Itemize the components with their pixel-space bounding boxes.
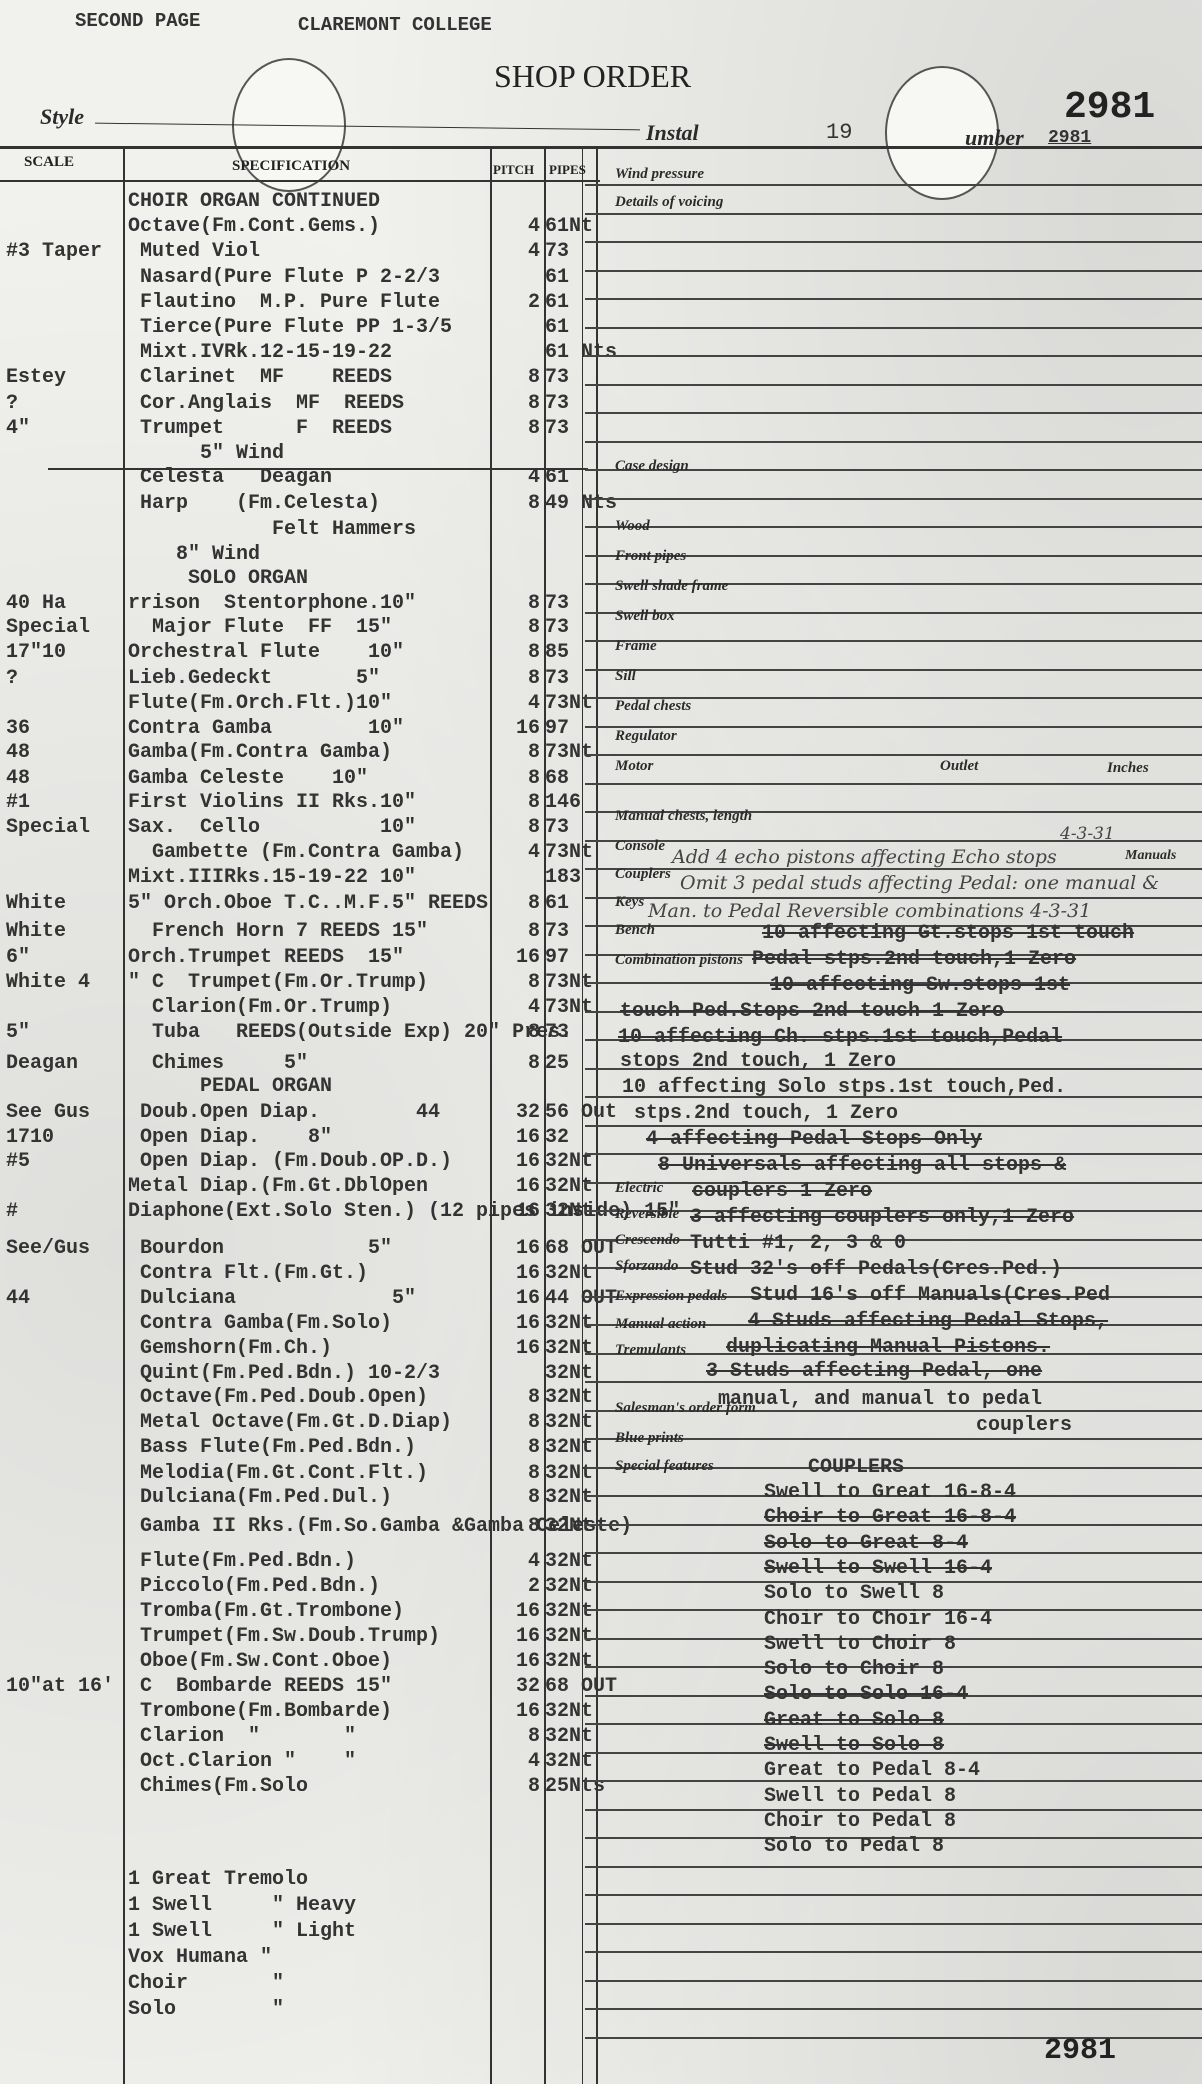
style-label: Style (40, 104, 84, 130)
pipes-cell: 32Nt (545, 1175, 593, 1198)
ruled-line (585, 1866, 1202, 1868)
pitch-cell: 8 (492, 592, 540, 615)
pitch-cell: 16 (492, 1287, 540, 1310)
pipes-cell: 73Nt (545, 841, 593, 864)
combination-line: duplicating Manual Pistons. (726, 1336, 1050, 1359)
spec-cell: Chimes 5" (128, 1052, 308, 1075)
spec-row: #1First Violins II Rks.10"8146 (0, 791, 600, 817)
spec-cell: Celesta Deagan (128, 466, 332, 489)
scale-cell: 6" (6, 946, 126, 969)
form-field-label: Details of voicing (615, 194, 723, 211)
pitch-cell: 8 (492, 641, 540, 664)
spec-cell: Mixt.IIIRks.15-19-22 10" (128, 866, 416, 889)
coupler-item: Swell to Choir 8 (764, 1633, 956, 1656)
spec-row: Trumpet(Fm.Sw.Doub.Trump)1632Nt (0, 1625, 600, 1651)
spec-cell: Mixt.IVRk.12-15-19-22 (128, 341, 392, 364)
spec-cell: Gamba(Fm.Contra Gamba) (128, 741, 392, 764)
handwritten-keys-note: Man. to Pedal Reversible combinations 4-… (648, 900, 1091, 922)
scale-cell: 36 (6, 717, 126, 740)
form-field-label: Motor (615, 758, 653, 775)
pitch-cell: 8 (492, 417, 540, 440)
ruled-line (585, 327, 1202, 329)
combination-line: 4 Studs affecting Pedal Stops, (748, 1310, 1108, 1333)
form-field-label: Bench (615, 922, 655, 939)
scale-cell: See/Gus (6, 1237, 126, 1260)
form-field-label: Crescendo (615, 1232, 680, 1249)
pitch-cell: 4 (492, 466, 540, 489)
tremolo-item: Solo " (128, 1998, 284, 2021)
spec-row: Gambette (Fm.Contra Gamba)473Nt (0, 841, 600, 867)
pipes-cell: 85 (545, 641, 569, 664)
spec-row: SOLO ORGAN (0, 567, 600, 593)
combination-line: touch Ped.Stops 2nd touch 1 Zero (620, 1000, 1004, 1023)
spec-row: Quint(Fm.Ped.Bdn.) 10-2/332Nt (0, 1362, 600, 1388)
ruled-line (585, 1951, 1202, 1953)
spec-cell: Trumpet(Fm.Sw.Doub.Trump) (128, 1625, 440, 1648)
scale-cell: White 4 (6, 971, 126, 994)
footer-stamp: 2981 (1044, 2034, 1116, 2068)
handwritten-date: 4-3-31 (1060, 824, 1115, 844)
spec-row: 48Gamba Celeste 10"868 (0, 767, 600, 793)
spec-cell: 5" Orch.Oboe T.C..M.F.5" REEDS (128, 892, 488, 915)
form-field-label: Pedal chests (615, 698, 691, 715)
pipes-cell: 61 (545, 291, 569, 314)
spec-row: Metal Diap.(Fm.Gt.DblOpen1632Nt (0, 1175, 600, 1201)
spec-row: ?Lieb.Gedeckt 5"873 (0, 667, 600, 693)
coupler-item: Great to Pedal 8-4 (764, 1759, 980, 1782)
spec-cell: Trombone(Fm.Bombarde) (128, 1700, 392, 1723)
coupler-item: Swell to Pedal 8 (764, 1785, 956, 1808)
pipes-cell: 183 (545, 866, 581, 889)
spec-row: Gemshorn(Fm.Ch.)1632Nt (0, 1337, 600, 1363)
form-field-label: Special features (615, 1458, 714, 1475)
spec-cell: Metal Octave(Fm.Gt.D.Diap) (128, 1411, 452, 1434)
motor-outlet-label: Outlet (940, 758, 978, 775)
spec-row: 8" Wind (0, 543, 600, 569)
pitch-cell: 8 (492, 816, 540, 839)
combination-line: 3 Studs affecting Pedal, one (706, 1360, 1042, 1383)
pipes-cell: 61Nt (545, 215, 593, 238)
tremolo-item: Vox Humana " (128, 1946, 272, 1969)
combination-line: couplers (976, 1414, 1072, 1437)
coupler-item: Solo to Choir 8 (764, 1658, 944, 1681)
coupler-item: Swell to Swell 16-4 (764, 1557, 992, 1580)
spec-row: Mixt.IIIRks.15-19-22 10"183 (0, 866, 600, 892)
spec-row: Felt Hammers (0, 518, 600, 544)
spec-cell: Bass Flute(Fm.Ped.Bdn.) (128, 1436, 416, 1459)
spec-cell: Tierce(Pure Flute PP 1-3/5 (128, 316, 452, 339)
spec-cell: Contra Gamba(Fm.Solo) (128, 1312, 392, 1335)
ruled-line (585, 1923, 1202, 1925)
spec-cell: Open Diap. (Fm.Doub.OP.D.) (128, 1150, 452, 1173)
pipes-cell: 73Nt (545, 741, 593, 764)
ruled-line (585, 612, 1202, 614)
scale-cell: #3 Taper (6, 240, 126, 263)
scale-cell: #5 (6, 1150, 126, 1173)
form-field-label: Couplers (615, 866, 671, 883)
scale-cell: #1 (6, 791, 126, 814)
spec-cell: Contra Flt.(Fm.Gt.) (128, 1262, 368, 1285)
pitch-cell: 16 (492, 946, 540, 969)
spec-row: 5" Wind (0, 442, 600, 468)
coupler-item: Swell to Great 16-8-4 (764, 1481, 1016, 1504)
spec-cell: Dulciana(Fm.Ped.Dul.) (128, 1486, 392, 1509)
combination-line: Stud 16's off Manuals(Cres.Ped (750, 1284, 1110, 1307)
pipes-cell: 32Nt (545, 1486, 593, 1509)
spec-row: Mixt.IVRk.12-15-19-2261 Nts (0, 341, 600, 367)
pipes-cell: 61 (545, 316, 569, 339)
spec-cell: Felt Hammers (128, 518, 416, 541)
ruled-line (585, 2008, 1202, 2010)
spec-cell: Oboe(Fm.Sw.Cont.Oboe) (128, 1650, 392, 1673)
spec-row: Trombone(Fm.Bombarde)1632Nt (0, 1700, 600, 1726)
pitch-cell: 8 (492, 892, 540, 915)
pitch-cell: 4 (492, 215, 540, 238)
pipes-cell: 73 (545, 1021, 569, 1044)
pipes-cell: 49 Nts (545, 492, 617, 515)
spec-row: Octave(Fm.Ped.Doub.Open)832Nt (0, 1386, 600, 1412)
ruled-line (585, 412, 1202, 414)
spec-row: Contra Gamba(Fm.Solo)1632Nt (0, 1312, 600, 1338)
pipes-cell: 73 (545, 920, 569, 943)
pitch-cell: 16 (492, 1175, 540, 1198)
handwritten-console-note: Add 4 echo pistons affecting Echo stops (672, 846, 1057, 868)
coupler-item: Choir to Great 16-8-4 (764, 1506, 1016, 1529)
pipes-cell: 32Nt (545, 1386, 593, 1409)
pipes-cell: 32Nt (545, 1462, 593, 1485)
tremolo-item: 1 Great Tremolo (128, 1868, 308, 1891)
pitch-cell: 8 (492, 741, 540, 764)
spec-cell: Contra Gamba 10" (128, 717, 404, 740)
form-field-label: Sill (615, 668, 636, 685)
pitch-cell: 8 (492, 767, 540, 790)
client-name: CLAREMONT COLLEGE (298, 14, 492, 36)
ruled-line (585, 526, 1202, 528)
spec-row: Octave(Fm.Cont.Gems.)461Nt (0, 215, 600, 241)
spec-row: Estey Clarinet MF REEDS873 (0, 366, 600, 392)
spec-cell: Metal Diap.(Fm.Gt.DblOpen (128, 1175, 428, 1198)
scale-cell: Estey (6, 366, 126, 389)
pitch-cell: 16 (492, 1126, 540, 1149)
combination-line: 10 affecting Sw.stops 1st (770, 974, 1070, 997)
pipes-cell: 97 (545, 946, 569, 969)
spec-row: 10"at 16' C Bombarde REEDS 15"3268 OUT (0, 1675, 600, 1701)
scale-cell: 10"at 16' (6, 1675, 126, 1698)
scale-cell: ? (6, 667, 126, 690)
pipes-cell: 68 (545, 767, 569, 790)
scale-cell: ? (6, 392, 126, 415)
spec-row: Flute(Fm.Orch.Flt.)10"473Nt (0, 692, 600, 718)
spec-row: ? Cor.Anglais MF REEDS873 (0, 392, 600, 418)
spec-cell: Nasard(Pure Flute P 2-2/3 (128, 266, 440, 289)
spec-cell: Oct.Clarion " " (128, 1750, 356, 1773)
combination-line: 8 Universals affecting all stops & (658, 1154, 1066, 1177)
spec-cell: Flute(Fm.Orch.Flt.)10" (128, 692, 392, 715)
pitch-cell: 8 (492, 1386, 540, 1409)
ruled-line (585, 783, 1202, 785)
form-field-label: Sforzando (615, 1258, 678, 1275)
handwritten-couplers-note: Omit 3 pedal studs affecting Pedal: one … (680, 872, 1159, 894)
spec-row: Piccolo(Fm.Ped.Bdn.)232Nt (0, 1575, 600, 1601)
pipes-cell: 32Nt (545, 1411, 593, 1434)
pipes-cell: 73 (545, 240, 569, 263)
combination-line: Stud 32's off Pedals(Cres.Ped.) (690, 1258, 1062, 1281)
pitch-cell: 16 (492, 1700, 540, 1723)
pitch-cell: 2 (492, 291, 540, 314)
pipes-cell: 97 (545, 717, 569, 740)
spec-cell: Quint(Fm.Ped.Bdn.) 10-2/3 (128, 1362, 440, 1385)
form-field-label: Expression pedals (615, 1288, 727, 1305)
scale-cell: 40 Ha (6, 592, 126, 615)
pipes-cell: 56 Out (545, 1101, 617, 1124)
pitch-cell: 32 (492, 1101, 540, 1124)
spec-row: 1710 Open Diap. 8"1632 (0, 1126, 600, 1152)
scale-cell: White (6, 892, 126, 915)
ruled-line (585, 241, 1202, 243)
tremolo-item: 1 Swell " Light (128, 1920, 356, 1943)
pipes-cell: 61 (545, 892, 569, 915)
pipes-cell: 44 OUT (545, 1287, 617, 1310)
spec-cell: C Bombarde REEDS 15" (128, 1675, 392, 1698)
pitch-cell: 8 (492, 1411, 540, 1434)
pipes-cell: 73 (545, 366, 569, 389)
combination-line: 10 affecting Ch. stps.1st touch,Pedal (618, 1026, 1062, 1049)
spec-cell: Gamba Celeste 10" (128, 767, 368, 790)
pipes-cell: 32Nt (545, 1700, 593, 1723)
spec-cell: Tromba(Fm.Gt.Trombone) (128, 1600, 404, 1623)
combination-line: 4 affecting Pedal Stops Only (646, 1128, 982, 1151)
ruled-line (585, 897, 1202, 899)
spec-cell: First Violins II Rks.10" (128, 791, 416, 814)
spec-row: Oboe(Fm.Sw.Cont.Oboe)1632Nt (0, 1650, 600, 1676)
spec-cell: Octave(Fm.Cont.Gems.) (128, 215, 380, 238)
spec-cell: Sax. Cello 10" (128, 816, 416, 839)
spec-row: Dulciana(Fm.Ped.Dul.)832Nt (0, 1486, 600, 1512)
spec-cell: Open Diap. 8" (128, 1126, 332, 1149)
spec-cell: Melodia(Fm.Gt.Cont.Flt.) (128, 1462, 428, 1485)
spec-row: 4" Trumpet F REEDS873 (0, 417, 600, 443)
spec-row: See/Gus Bourdon 5"1668 OUT (0, 1237, 600, 1263)
spec-cell: Doub.Open Diap. 44 (128, 1101, 440, 1124)
pipes-cell: 61 (545, 266, 569, 289)
coupler-item: Solo to Pedal 8 (764, 1835, 944, 1858)
coupler-item: Great to Solo 8 (764, 1709, 944, 1732)
pitch-cell: 4 (492, 996, 540, 1019)
pitch-cell: 16 (492, 1337, 540, 1360)
pitch-cell: 16 (492, 1600, 540, 1623)
spec-row: Oct.Clarion " "432Nt (0, 1750, 600, 1776)
pipes-cell: 73 (545, 592, 569, 615)
spec-row: Clarion " "832Nt (0, 1725, 600, 1751)
form-field-label: Wind pressure (615, 166, 704, 183)
coupler-item: Choir to Pedal 8 (764, 1810, 956, 1833)
pitch-cell: 4 (492, 240, 540, 263)
spec-row: 36Contra Gamba 10"1697 (0, 717, 600, 743)
pipes-cell: 32Nt (545, 1515, 593, 1538)
pitch-cell: 16 (492, 1150, 540, 1173)
pipes-cell: 32Nt (545, 1650, 593, 1673)
combination-line: manual, and manual to pedal (718, 1388, 1042, 1411)
spec-cell: Major Flute FF 15" (128, 616, 392, 639)
pitch-cell: 8 (492, 1436, 540, 1459)
pipes-cell: 146 (545, 791, 581, 814)
pitch-cell: 8 (492, 1515, 540, 1538)
combination-line: Tutti #1, 2, 3 & 0 (690, 1232, 906, 1255)
ruled-line (585, 1980, 1202, 1982)
spec-cell: Flautino M.P. Pure Flute (128, 291, 440, 314)
form-field-label: Wood (615, 518, 650, 535)
scale-cell: Deagan (6, 1052, 126, 1075)
ruled-line (585, 669, 1202, 671)
pipes-cell: 32Nt (545, 1337, 593, 1360)
ruled-line (585, 868, 1202, 870)
form-field-label: Swell box (615, 608, 675, 625)
spec-row: 40 Harrison Stentorphone.10"873 (0, 592, 600, 618)
number-value: 2981 (1048, 128, 1091, 148)
scale-cell: 17"10 (6, 641, 126, 664)
ruled-line (585, 640, 1202, 642)
spec-row: Tromba(Fm.Gt.Trombone)1632Nt (0, 1600, 600, 1626)
pitch-cell: 8 (492, 667, 540, 690)
spec-row: #Diaphone(Ext.Solo Sten.) (12 pipes insi… (0, 1200, 600, 1226)
pipes-cell: 73 (545, 417, 569, 440)
scale-cell: Special (6, 816, 126, 839)
spec-row: 5" Tuba REEDS(Outside Exp) 20" Pres.873 (0, 1021, 600, 1047)
pitch-cell: 16 (492, 717, 540, 740)
pitch-cell: 8 (492, 1462, 540, 1485)
pitch-cell: 16 (492, 1625, 540, 1648)
pitch-cell: 16 (492, 1262, 540, 1285)
form-field-label: Keys (615, 894, 644, 911)
coupler-item: Solo to Swell 8 (764, 1582, 944, 1605)
instal-label: Instal (646, 120, 699, 146)
spec-cell: 5" Wind (128, 442, 284, 465)
form-field-label: Swell shade frame (615, 578, 728, 595)
pitch-cell: 16 (492, 1312, 540, 1335)
pitch-cell: 4 (492, 841, 540, 864)
spec-row: Special Major Flute FF 15"873 (0, 616, 600, 642)
spec-cell: Dulciana 5" (128, 1287, 416, 1310)
pitch-cell: 8 (492, 492, 540, 515)
spec-cell: Clarinet MF REEDS (128, 366, 392, 389)
pitch-cell: 8 (492, 392, 540, 415)
pitch-cell: 2 (492, 1575, 540, 1598)
spec-cell: Clarion " " (128, 1725, 356, 1748)
pitch-cell: 8 (492, 1021, 540, 1044)
form-field-label: Regulator (615, 728, 677, 745)
form-field-label: Electric (615, 1180, 663, 1197)
document-title: SHOP ORDER (494, 58, 691, 95)
combination-line: 10 affecting Solo stps.1st touch,Ped. (622, 1076, 1066, 1099)
spec-row: Celesta Deagan461 (0, 466, 600, 492)
column-header-scale: SCALE (24, 154, 74, 171)
spec-cell: Gemshorn(Fm.Ch.) (128, 1337, 332, 1360)
spec-row: White French Horn 7 REEDS 15"873 (0, 920, 600, 946)
coupler-item: Solo to Solo 16-4 (764, 1683, 968, 1706)
spec-row: 17"10Orchestral Flute 10"885 (0, 641, 600, 667)
pipes-cell: 73 (545, 616, 569, 639)
pitch-cell: 8 (492, 1486, 540, 1509)
pitch-cell: 16 (492, 1200, 540, 1223)
ruled-line (585, 184, 1202, 186)
tremolo-item: 1 Swell " Heavy (128, 1894, 356, 1917)
spec-row: See Gus Doub.Open Diap. 443256 Out (0, 1101, 600, 1127)
form-field-label: Tremulants (615, 1342, 686, 1359)
spec-row: Clarion(Fm.Or.Trump)473Nt (0, 996, 600, 1022)
pipes-cell: 73Nt (545, 692, 593, 715)
spec-row: 48Gamba(Fm.Contra Gamba)873Nt (0, 741, 600, 767)
couplers-heading: COUPLERS (808, 1456, 904, 1479)
scale-cell: 44 (6, 1287, 126, 1310)
spec-cell: " C Trumpet(Fm.Or.Trump) (128, 971, 428, 994)
form-field-label: Manual chests, length (615, 808, 752, 825)
ruled-line (585, 270, 1202, 272)
ruled-line (585, 213, 1202, 215)
pitch-cell: 16 (492, 1650, 540, 1673)
pipes-cell: 73Nt (545, 996, 593, 1019)
year-prefix: 19 (826, 120, 852, 145)
ruled-line (585, 441, 1202, 443)
spec-row: #3 Taper Muted Viol473 (0, 240, 600, 266)
spec-row: Chimes(Fm.Solo825Nts (0, 1775, 600, 1801)
spec-row: Contra Flt.(Fm.Gt.)1632Nt (0, 1262, 600, 1288)
spec-cell: CHOIR ORGAN CONTINUED (128, 190, 380, 213)
pitch-cell: 8 (492, 971, 540, 994)
spec-row: Flute(Fm.Ped.Bdn.)432Nt (0, 1550, 600, 1576)
spec-row: CHOIR ORGAN CONTINUED (0, 190, 600, 216)
scale-cell: 48 (6, 741, 126, 764)
pitch-cell: 16 (492, 1237, 540, 1260)
ruled-line (585, 726, 1202, 728)
pitch-cell: 8 (492, 616, 540, 639)
spec-cell: PEDAL ORGAN (128, 1075, 332, 1098)
pitch-cell: 8 (492, 920, 540, 943)
pitch-cell: 8 (492, 791, 540, 814)
column-header-pitch: PITCH (493, 162, 534, 178)
coupler-item: Swell to Solo 8 (764, 1734, 944, 1757)
form-field-label: Case design (615, 458, 689, 475)
spec-cell: Flute(Fm.Ped.Bdn.) (128, 1550, 356, 1573)
pipes-cell: 73 (545, 816, 569, 839)
spec-cell: rrison Stentorphone.10" (128, 592, 416, 615)
spec-cell: SOLO ORGAN (128, 567, 308, 590)
pipes-cell: 32 (545, 1126, 569, 1149)
spec-cell: Clarion(Fm.Or.Trump) (128, 996, 392, 1019)
combination-line: couplers 1 Zero (692, 1180, 872, 1203)
pitch-cell: 8 (492, 1725, 540, 1748)
scale-cell: 1710 (6, 1126, 126, 1149)
scale-cell: Special (6, 616, 126, 639)
spec-row: 44 Dulciana 5"1644 OUT (0, 1287, 600, 1313)
motor-inches-label: Inches (1107, 760, 1149, 777)
ruled-line (585, 355, 1202, 357)
order-number-stamp: 2981 (1064, 86, 1155, 129)
spec-row: Bass Flute(Fm.Ped.Bdn.)832Nt (0, 1436, 600, 1462)
combination-line: 10 affecting Gt.stops 1st touch (762, 922, 1134, 945)
spec-row: Gamba II Rks.(Fm.So.Gamba &Gamba Celeste… (0, 1515, 600, 1541)
pitch-cell: 32 (492, 1675, 540, 1698)
pipes-cell: 73 (545, 667, 569, 690)
pipes-cell: 32Nt (545, 1262, 593, 1285)
form-field-label: Reversible (615, 1206, 679, 1223)
spec-cell: Muted Viol (128, 240, 260, 263)
tremolo-item: Choir " (128, 1972, 284, 1995)
pipes-cell: 25 (545, 1052, 569, 1075)
spec-cell: Harp (Fm.Celesta) (128, 492, 380, 515)
ruled-line (585, 754, 1202, 756)
spec-cell: 8" Wind (128, 543, 260, 566)
spec-row: White5" Orch.Oboe T.C..M.F.5" REEDS861 (0, 892, 600, 918)
